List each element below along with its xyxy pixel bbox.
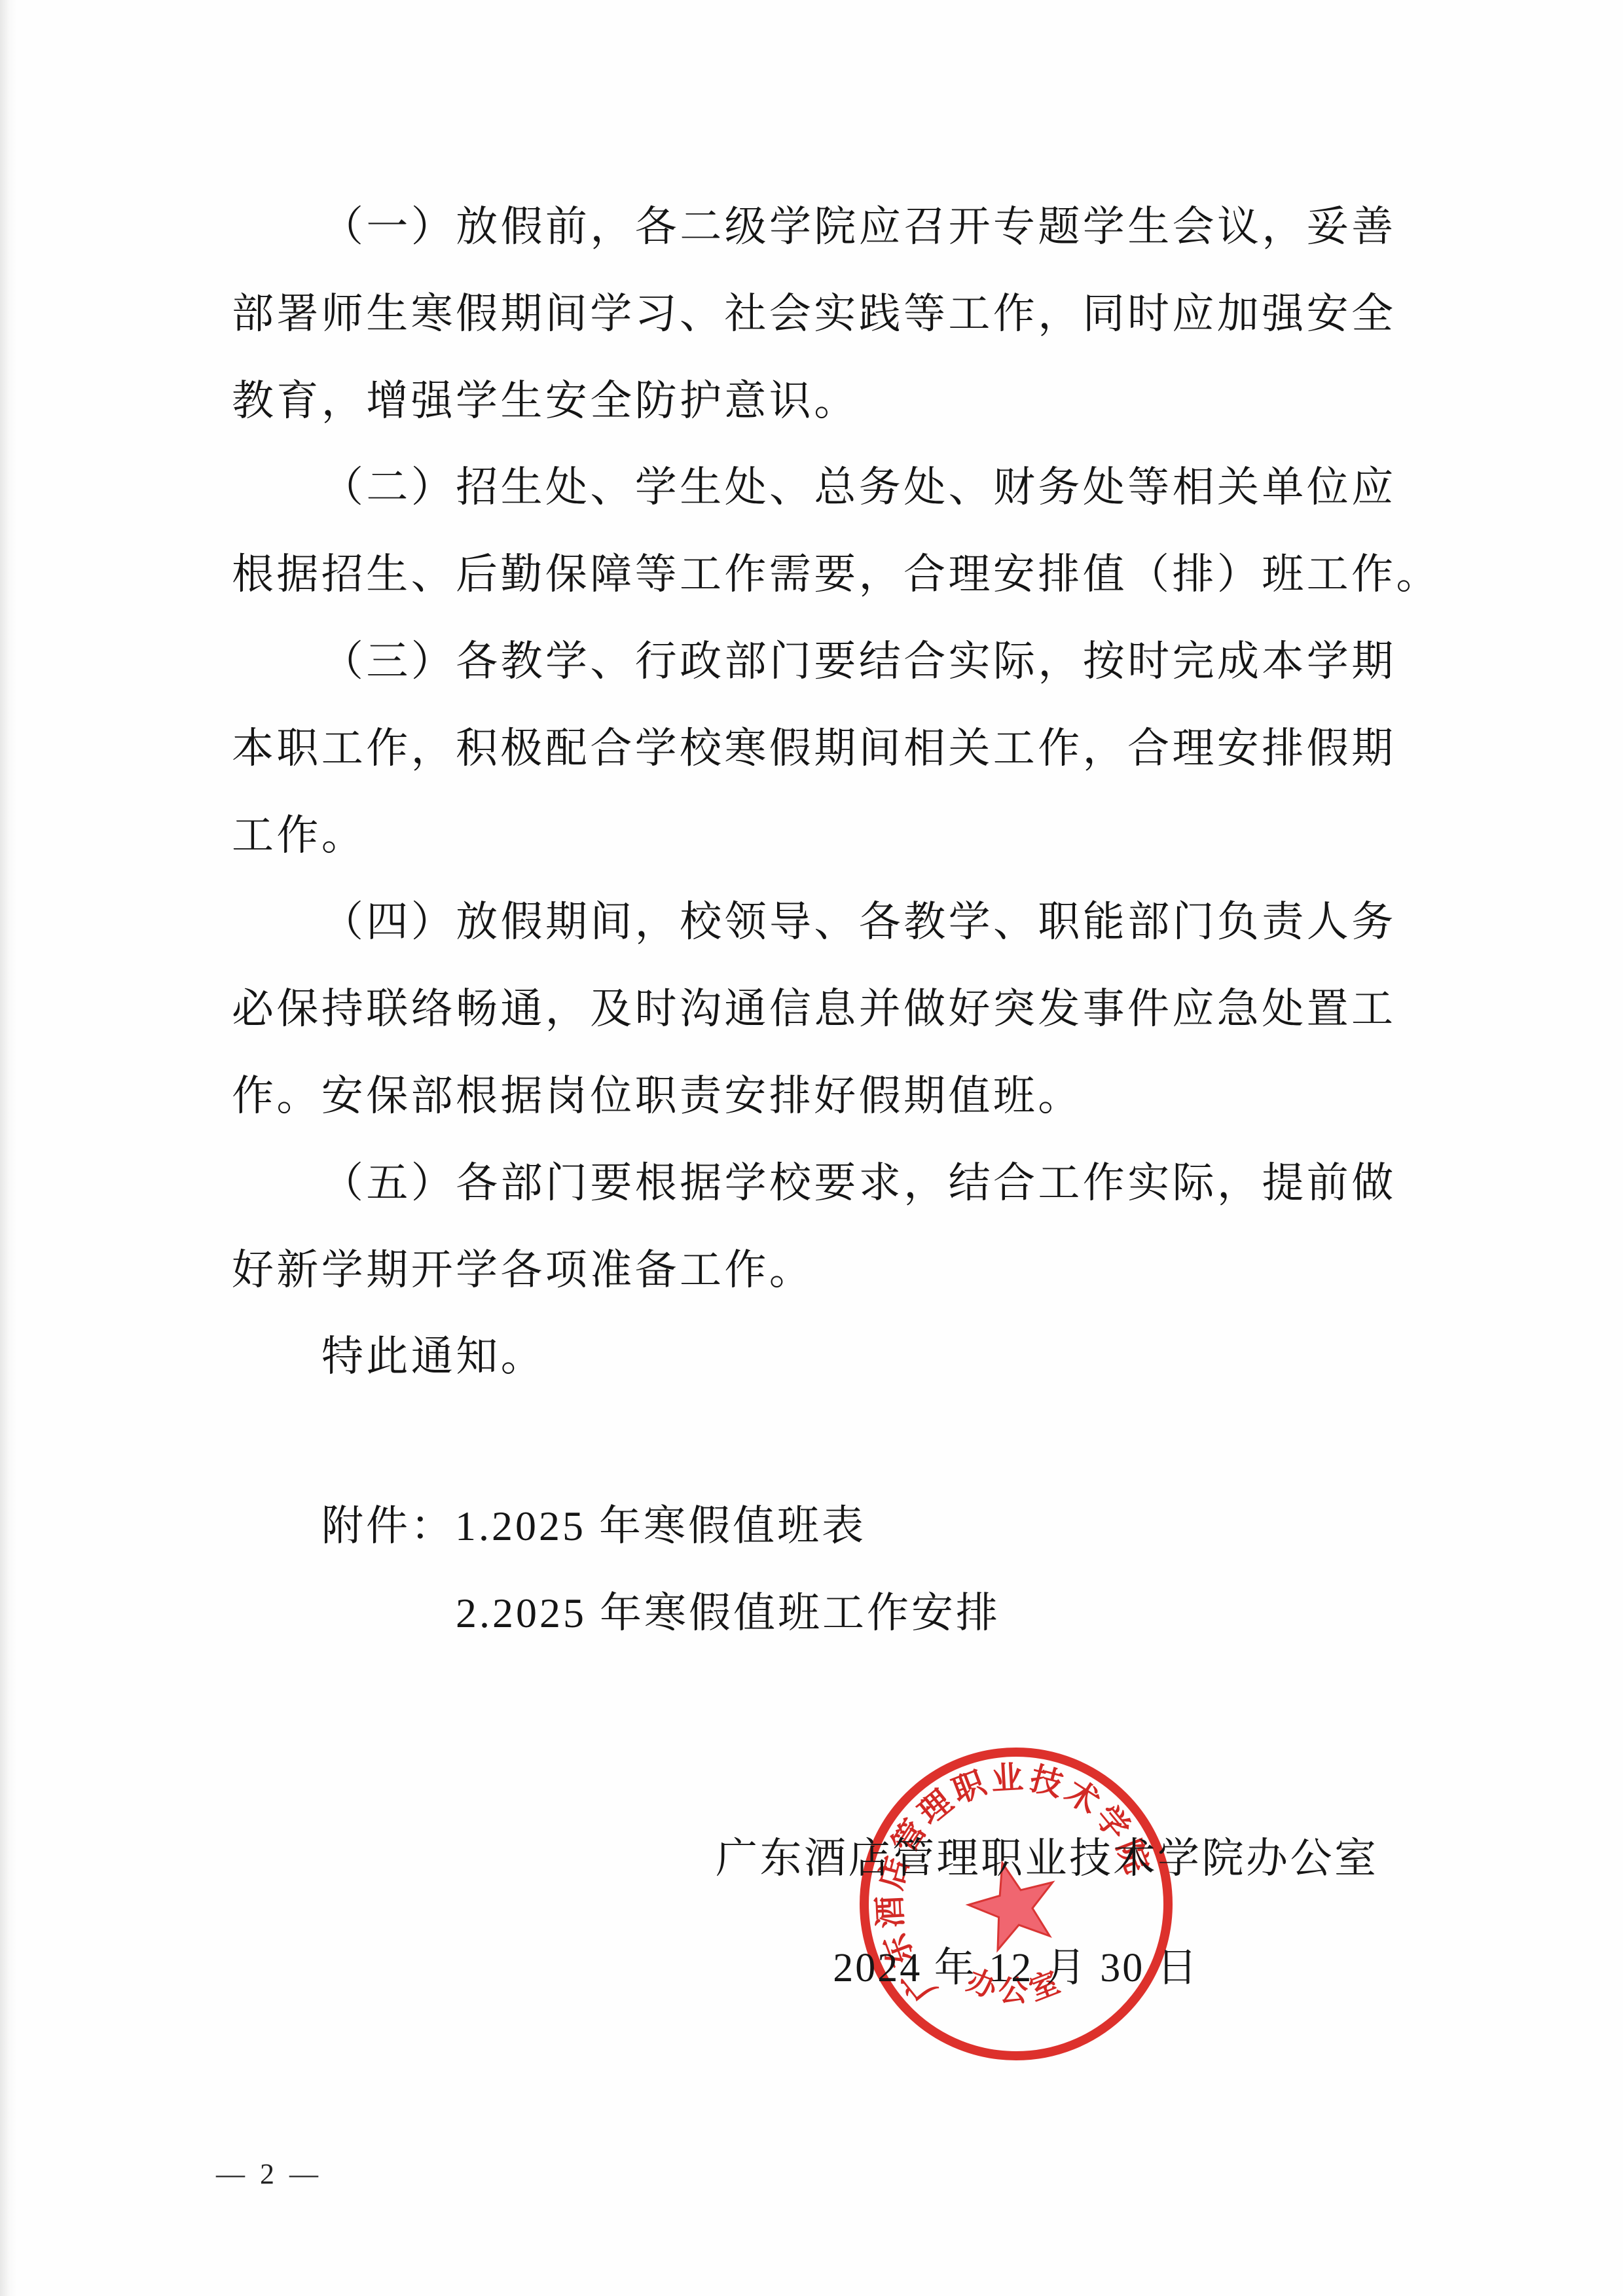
- body-line: 特此通知。: [321, 1333, 545, 1381]
- scan-edge-shade: [0, 0, 17, 2296]
- signature-line: 广东酒店管理职业技术学院办公室: [716, 1825, 1379, 1885]
- body-line: 作。安保部根据岗位职责安排好假期值班。: [232, 1072, 1083, 1121]
- body-line: 部署师生寒假期间学习、社会实践等工作，同时应加强安全: [232, 290, 1396, 338]
- official-seal: 广东酒店管理职业技术学院 办公室: [852, 1740, 1180, 2068]
- body-line: 工作。: [232, 812, 366, 860]
- body-line: 根据招生、后勤保障等工作需要，合理安排值（排）班工作。: [232, 550, 1441, 599]
- page-number: — 2 —: [216, 2157, 322, 2191]
- attachment-line-2: 2.2025 年寒假值班工作安排: [456, 1589, 1000, 1638]
- body-line: 本职工作，积极配合学校寒假期间相关工作，合理安排假期: [232, 725, 1396, 773]
- body-line: 必保持联络畅通，及时沟通信息并做好突发事件应急处置工: [232, 985, 1396, 1033]
- body-line: （三）各教学、行政部门要结合实际，按时完成本学期: [321, 637, 1396, 686]
- scanned-notice-page: （一）放假前，各二级学院应召开专题学生会议，妥善部署师生寒假期间学习、社会实践等…: [0, 0, 1623, 2296]
- body-line: （四）放假期间，校领导、各教学、职能部门负责人务: [321, 898, 1396, 946]
- body-line: （二）招生处、学生处、总务处、财务处等相关单位应: [321, 463, 1396, 512]
- body-line: 教育，增强学生安全防护意识。: [232, 377, 859, 425]
- body-line: （一）放假前，各二级学院应召开专题学生会议，妥善: [321, 203, 1396, 251]
- date-line: 2024 年 12 月 30 日: [826, 1935, 1206, 1993]
- attachment-line-1: 附件：1.2025 年寒假值班表: [321, 1502, 866, 1551]
- body-line: （五）各部门要根据学校要求，结合工作实际，提前做: [321, 1159, 1396, 1208]
- body-line: 好新学期开学各项准备工作。: [232, 1246, 814, 1295]
